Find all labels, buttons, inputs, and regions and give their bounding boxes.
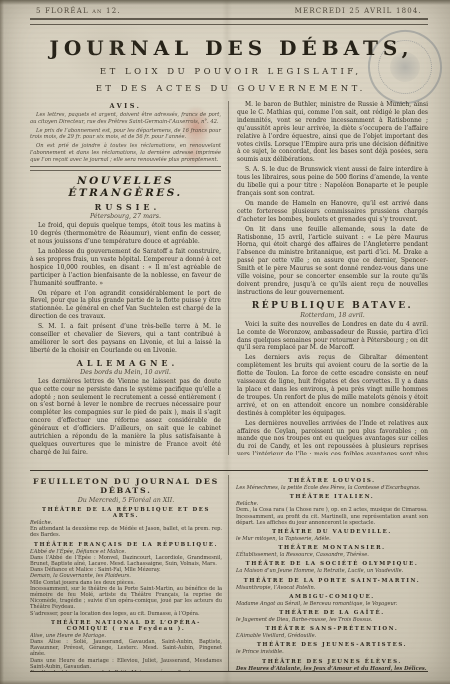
theatre-line: S’adresser, pour la location des loges, … <box>30 611 222 617</box>
news-paragraph: S. A. S. le duc de Brunswick vient aussi… <box>237 166 428 198</box>
theatre-name: AMBIGU-COMIQUE. <box>236 594 428 600</box>
russia-dateline: Pétersbourg, 27 mars. <box>30 213 221 220</box>
theatre-line: Les Ménechmes, la petite École des Pères… <box>236 485 428 491</box>
scan-edge-bottom <box>0 680 450 684</box>
date-row: 5 FLORÉAL an 12. MERCREDI 25 AVRIL 1804. <box>30 7 428 15</box>
theatre-name: THÉÂTRE NATIONAL DE L’OPÉRA-COMIQUE ( ru… <box>30 620 222 632</box>
avis-paragraph: Le prix de l’abonnement est, pour les dé… <box>30 128 221 142</box>
scan-edge-left <box>0 0 4 684</box>
news-paragraph: Les dernières lettres de Vienne ne laiss… <box>30 378 221 455</box>
feuilleton-dateline: Du Mercredi, 5 Floréal an XII. <box>30 497 222 504</box>
germany-heading: ALLEMAGNE. <box>30 358 221 368</box>
theatre-name: THÉÂTRE ITALIEN. <box>236 494 428 500</box>
journal-title: JOURNAL DES DÉBATS, <box>30 36 428 60</box>
news-paragraph: On mande de Hameln en Hanovre, qu’il est… <box>237 200 428 224</box>
theatre-line: Madame Angot au Sérail, le Berceau roman… <box>236 601 428 607</box>
news-paragraph: S. M. I. a fait présent d’une très-belle… <box>30 323 221 355</box>
theatre-block: THÉÂTRE SANS-PRÉTENTION. L’Aimable Vieil… <box>236 626 428 639</box>
theatre-line: En attendant la deuxième rep. de Médée e… <box>30 526 222 538</box>
theatre-block: THÉÂTRE DU VAUDEVILLE. le Mur mitoyen, l… <box>236 529 428 542</box>
germany-dateline: Des bords du Mein, 10 avril. <box>30 369 221 376</box>
theatre-name: THÉÂTRE DES JEUNES ÉLÈVES. <box>236 659 428 665</box>
theatre-block: THÉÂTRE DES JEUNES ÉLÈVES. Des Heures d’… <box>236 659 428 671</box>
right-column: M. le baron de Buthler, ministre de Russ… <box>229 101 428 455</box>
republican-date: 5 FLORÉAL an 12. <box>36 7 121 15</box>
news-paragraph: Voici la suite des nouvelles de Londres … <box>237 321 428 353</box>
newspaper-page: 5 FLORÉAL an 12. MERCREDI 25 AVRIL 1804.… <box>0 0 450 684</box>
theatre-block: THÉÂTRE DE LA GAÎTÉ. le Jugement de Dieu… <box>236 610 428 623</box>
feuilleton-right-column: THÉÂTRE LOUVOIS. Les Ménechmes, la petit… <box>229 475 428 671</box>
batavian-dateline: Rotterdam, 18 avril. <box>237 312 428 319</box>
avis-paragraph: Les lettres, paquets et argent, doivent … <box>30 112 221 126</box>
theatre-block: THÉÂTRE ITALIEN. Relâche. Dem., la Cosa … <box>236 494 428 526</box>
theatre-name: THÉÂTRE MONTANSIER. <box>236 545 428 551</box>
theatre-name: THÉÂTRE DE LA GAÎTÉ. <box>236 610 428 616</box>
theatre-name: THÉÂTRE DE LA RÉPUBLIQUE ET DES ARTS. <box>30 507 222 519</box>
theatre-line: le Mur mitoyen, la Tapisserie, Adèle. <box>236 536 428 542</box>
theatre-block: AMBIGU-COMIQUE. Madame Angot au Sérail, … <box>236 594 428 607</box>
avis-section: AVIS. Les lettres, paquets et argent, do… <box>30 102 221 163</box>
theatre-block: THÉÂTRE MONTANSIER. L’Établissement, la … <box>236 545 428 558</box>
news-paragraph: Les dernières nouvelles arrivées de l’In… <box>237 420 428 455</box>
theatre-line: le Prince invisible. <box>236 649 428 655</box>
theatre-line: Misanthropie, l’Avocat Patelin. <box>236 585 428 591</box>
theatre-name: THÉÂTRE DES JEUNES-ARTISTES. <box>236 642 428 648</box>
feuilleton-title: FEUILLETON DU JOURNAL DES DÉBATS. <box>30 477 222 495</box>
theatre-line: Dans une Heure de mariage : Elleviou, Ju… <box>30 658 222 670</box>
avis-divider-rule <box>30 166 221 171</box>
theatre-line: le Jugement de Dieu, Barbe-rousse, les T… <box>236 617 428 623</box>
theatre-name: THÉÂTRE SANS-PRÉTENTION. <box>236 626 428 632</box>
scan-edge-top <box>0 0 450 5</box>
theatre-line: Des Heures d’Atalante, les Jeux d’Amour … <box>236 666 428 671</box>
theatre-block: THÉÂTRE FRANÇAIS DE LA RÉPUBLIQUE. L’Abb… <box>30 542 222 617</box>
batavian-republic-heading: RÉPUBLIQUE BATAVE. <box>237 301 428 311</box>
feuilleton-section: FEUILLETON DU JOURNAL DES DÉBATS. Du Mer… <box>30 470 428 672</box>
masthead: JOURNAL DES DÉBATS, ET LOIX DU POUVOIR L… <box>30 36 428 94</box>
feuilleton-left-column: FEUILLETON DU JOURNAL DES DÉBATS. Du Mer… <box>30 475 229 671</box>
theatre-line: Dans l’Abbé de l’Épée : Monvel, Dazincou… <box>30 555 222 567</box>
theatre-block: THÉÂTRE DES JEUNES-ARTISTES. le Prince i… <box>236 642 428 655</box>
theatre-line: Dans Alise : Solié, Jausserand, Gavaudan… <box>30 639 222 658</box>
theatre-block: THÉÂTRE DE LA RÉPUBLIQUE ET DES ARTS. Re… <box>30 507 222 539</box>
theatre-line: La Maison d’un Jeune Homme, la Retraite,… <box>236 568 428 574</box>
theatre-block: THÉÂTRE DE LA SOCIÉTÉ OLYMPIQUE. La Mais… <box>236 561 428 574</box>
news-paragraph: La noblesse du gouvernement de Saratoff … <box>30 248 221 288</box>
foreign-news-heading: NOUVELLES ÉTRANGÈRES. <box>30 175 221 199</box>
news-paragraph: On lit dans une feuille allemande, sous … <box>237 226 428 297</box>
journal-subtitle-2: ET DES ACTES DU GOUVERNEMENT. <box>30 84 428 94</box>
journal-subtitle-1: ET LOIX DU POUVOIR LEGISLATIF, <box>30 67 428 77</box>
theatre-name: THÉÂTRE DU VAUDEVILLE. <box>236 529 428 535</box>
main-columns: AVIS. Les lettres, paquets et argent, do… <box>30 101 428 455</box>
theatre-name: THÉÂTRE DE LA SOCIÉTÉ OLYMPIQUE. <box>236 561 428 567</box>
theatre-name: THÉÂTRE LOUVOIS. <box>236 478 428 484</box>
theatre-line: L’Aimable Vieillard, Grédouille. <box>236 633 428 639</box>
avis-paragraph: On est prié de joindre à toutes les récl… <box>30 143 221 163</box>
theatre-name: THÉÂTRE FRANÇAIS DE LA RÉPUBLIQUE. <box>30 542 222 548</box>
gregorian-date: MERCREDI 25 AVRIL 1804. <box>295 7 422 15</box>
theatre-line: Incessamment, sur le théâtre de la Porte… <box>30 586 222 611</box>
russia-heading: RUSSIE. <box>30 202 221 212</box>
theatre-line: L’Établissement, la Ressource, Cassandre… <box>236 552 428 558</box>
theatre-line: Dem., la Cosa rara ( la Chose rare ), op… <box>236 507 428 513</box>
header-rule <box>30 18 428 25</box>
news-paragraph: Les derniers avis reçus de Gibraltar dém… <box>237 354 428 417</box>
news-paragraph: Le froid, qui depuis quelque temps, étoi… <box>30 222 221 246</box>
theatre-block: THÉÂTRE LOUVOIS. Les Ménechmes, la petit… <box>236 478 428 491</box>
theatre-block: THÉÂTRE DE LA PORTE SAINT-MARTIN. Misant… <box>236 578 428 591</box>
avis-heading: AVIS. <box>30 102 221 110</box>
theatre-line: En attendant la prem. rep. de la Petite … <box>30 670 222 671</box>
news-paragraph: On répare et l’on agrandit considérablem… <box>30 290 221 322</box>
news-paragraph: M. le baron de Buthler, ministre de Russ… <box>237 101 428 164</box>
page-content: 5 FLORÉAL an 12. MERCREDI 25 AVRIL 1804.… <box>30 7 428 676</box>
theatre-block: THÉÂTRE NATIONAL DE L’OPÉRA-COMIQUE ( ru… <box>30 620 222 671</box>
left-column: AVIS. Les lettres, paquets et argent, do… <box>30 101 229 455</box>
theatre-line: Incessamment, au profit du cit. Martinel… <box>236 514 428 526</box>
theatre-name: THÉÂTRE DE LA PORTE SAINT-MARTIN. <box>236 578 428 584</box>
